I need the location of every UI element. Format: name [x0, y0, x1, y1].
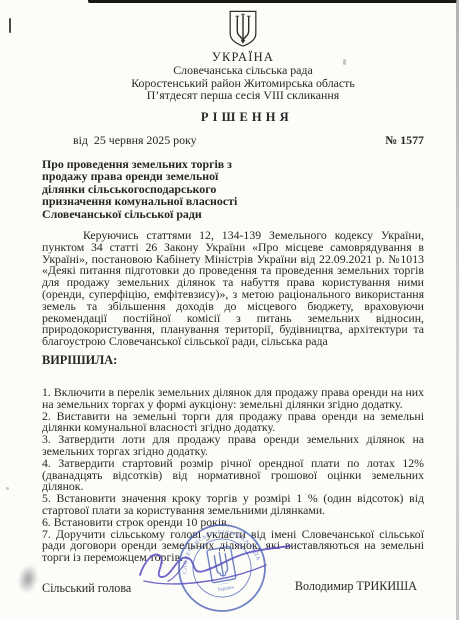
ukraine-trident-emblem-icon [228, 10, 258, 48]
decision-date: від 25 червня 2025 року [73, 133, 197, 148]
decision-subject: Про проведення земельних торгів з продаж… [42, 158, 237, 220]
decision-meta-row: від 25 червня 2025 року № 1577 [42, 133, 424, 148]
council-name: Словечанська сільська рада [13, 64, 460, 77]
resolved-heading: ВИРІШИЛА: [42, 354, 424, 367]
official-name: Володимир ТРИКИША [295, 579, 417, 594]
decision-preamble: Керуючись статтями 12, 134-139 Земельног… [42, 230, 424, 348]
scan-artifact-left-tick [9, 18, 11, 33]
decision-body: Керуючись статтями 12, 134-139 Земельног… [42, 230, 424, 564]
scan-artifact-top-bar [88, 0, 457, 3]
document-page: УКРАЇНА Словечанська сільська рада Корос… [0, 0, 460, 620]
decision-item: 1. Включити в перелік земельних ділянок … [42, 387, 424, 411]
scan-artifact-smudge [15, 562, 42, 596]
decision-item: 3. Затвердити лоти для продажу права оре… [42, 434, 424, 458]
document-header: УКРАЇНА Словечанська сільська рада Корос… [13, 10, 460, 102]
session-line: П’ятдесят перша сесія VIII скликання [13, 89, 460, 102]
decision-item: 4. Затвердити стартовий розмір річної ор… [42, 458, 424, 493]
decision-item: 5. Встановити значення кроку торгів у ро… [42, 493, 424, 517]
subject-line: Словечанської сільської ради [42, 208, 237, 220]
subject-line: призначення комунальної власності [42, 195, 237, 207]
official-signature-scrawl [134, 537, 298, 587]
decision-number: № 1577 [385, 133, 424, 148]
official-position: Сільський голова [42, 581, 131, 596]
decision-title: Р І Ш Е Н Н Я [15, 110, 460, 125]
scan-artifact-speck-small [6, 487, 9, 490]
decision-item: 2. Виставити на земельні торги для прода… [42, 411, 424, 435]
